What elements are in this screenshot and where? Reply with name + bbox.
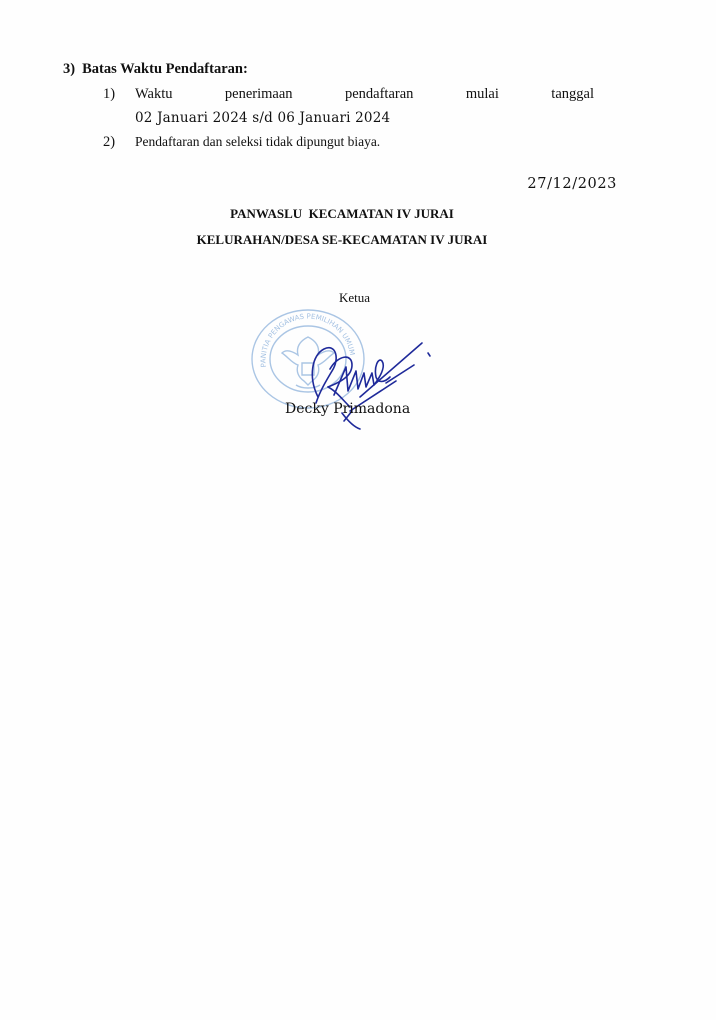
section-title: Batas Waktu Pendaftaran: (82, 61, 248, 77)
organization-line-2: KELURAHAN/DESA SE-KECAMATAN IV JURAI (0, 232, 700, 248)
registration-period-line1: Waktu penerimaan pendaftaran mulai tangg… (135, 86, 594, 103)
registration-date-range: 02 Januari 2024 s/d 06 Januari 2024 (135, 110, 390, 126)
organization-line-1: PANWASLU KECAMATAN IV JURAI (0, 206, 700, 222)
signatory-role: Ketua (339, 290, 370, 306)
section-number: 3) (63, 61, 75, 77)
signatory-name: Decky Primadona (285, 401, 410, 417)
section-heading: 3)Batas Waktu Pendaftaran: (63, 61, 248, 78)
document-date: 27/12/2023 (527, 176, 617, 192)
word: mulai (466, 86, 499, 103)
list-marker: 2) (103, 134, 115, 151)
document-page: 3)Batas Waktu Pendaftaran: 1) Waktu pene… (0, 0, 716, 1020)
word: tanggal (551, 86, 594, 103)
word: Waktu (135, 86, 173, 103)
no-fee-text: Pendaftaran dan seleksi tidak dipungut b… (135, 134, 380, 150)
word: penerimaan (225, 86, 293, 103)
word: pendaftaran (345, 86, 413, 103)
list-marker: 1) (103, 86, 115, 103)
